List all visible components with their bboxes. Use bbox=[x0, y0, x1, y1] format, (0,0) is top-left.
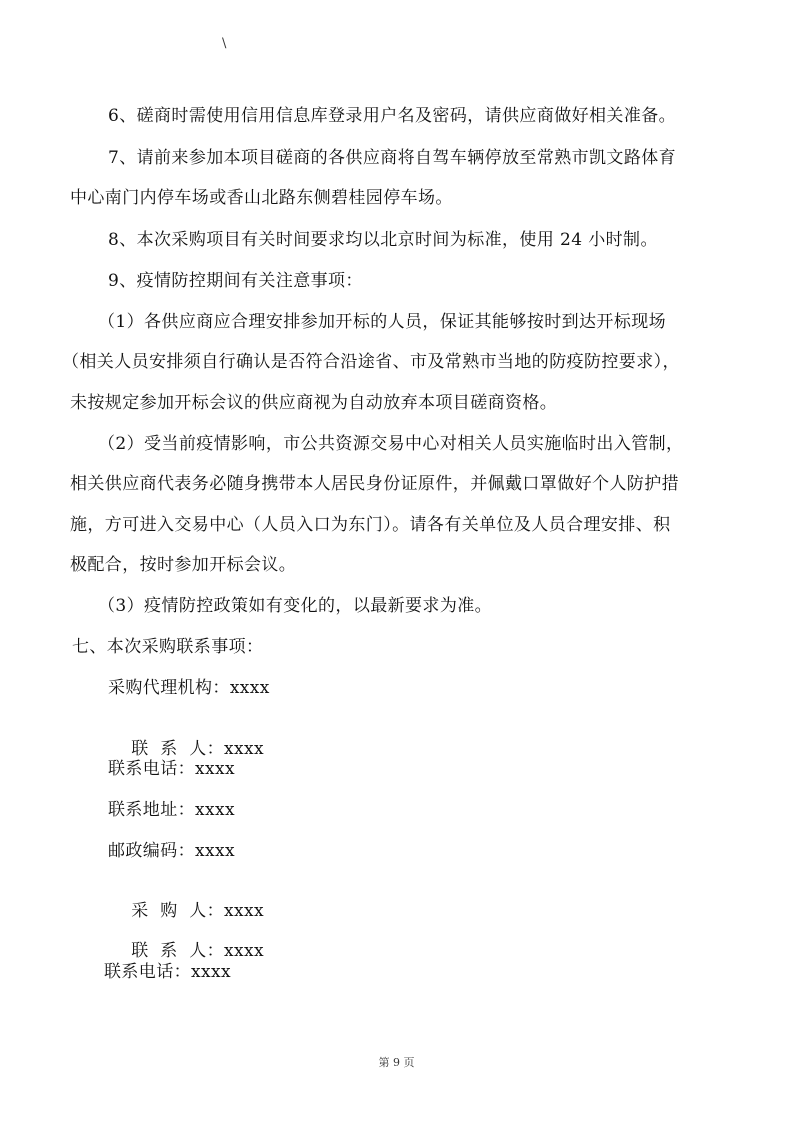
contact-phone-agency: 联系电话：xxxx bbox=[108, 759, 235, 779]
item-9-2-line-1: （2）受当前疫情影响，市公共资源交易中心对相关人员实施临时出入管制， bbox=[98, 434, 683, 454]
contact-value: xxxx bbox=[230, 678, 270, 698]
item-9-1-line-2: （相关人员安排须自行确认是否符合沿途省、市及常熟市当地的防疫防控要求）， bbox=[62, 352, 680, 372]
contact-label: 联系地址： bbox=[108, 800, 195, 820]
contact-postcode: 邮政编码：xxxx bbox=[108, 841, 235, 861]
contact-value: xxxx bbox=[191, 962, 231, 982]
contact-phone-purchaser: 联系电话：xxxx bbox=[104, 962, 231, 982]
item-9-1-line-3: 未按规定参加开标会议的供应商视为自动放弃本项目磋商资格。 bbox=[70, 393, 557, 413]
item-9-3: （3）疫情防控政策如有变化的，以最新要求为准。 bbox=[98, 596, 492, 616]
contact-label: 采 购 人： bbox=[131, 901, 224, 921]
contact-address: 联系地址：xxxx bbox=[108, 800, 235, 820]
contact-value: xxxx bbox=[224, 901, 264, 921]
contact-value: xxxx bbox=[195, 841, 235, 861]
item-9-2-line-3: 施，方可进入交易中心（人员入口为东门）。请各有关单位及人员合理安排、积 bbox=[70, 515, 671, 535]
item-9-1-line-1: （1）各供应商应合理安排参加开标的人员，保证其能够按时到达开标现场 bbox=[98, 312, 666, 332]
contact-agency: 采购代理机构：xxxx bbox=[108, 678, 270, 698]
item-9-2-line-4: 极配合，按时参加开标会议。 bbox=[70, 555, 296, 575]
contact-label: 联 系 人： bbox=[131, 941, 224, 961]
item-9: 9、疫情防控期间有关注意事项： bbox=[108, 271, 363, 291]
document-page: \ 6、磋商时需使用信用信息库登录用户名及密码，请供应商做好相关准备。 7、请前… bbox=[0, 0, 793, 1122]
contact-label: 联系电话： bbox=[108, 759, 195, 779]
contact-label: 联系电话： bbox=[104, 962, 191, 982]
contact-label: 联 系 人： bbox=[131, 739, 224, 759]
contact-value: xxxx bbox=[224, 739, 264, 759]
contact-label: 采购代理机构： bbox=[108, 678, 230, 698]
contact-value: xxxx bbox=[224, 941, 264, 961]
contact-value: xxxx bbox=[195, 800, 235, 820]
item-6: 6、磋商时需使用信用信息库登录用户名及密码，请供应商做好相关准备。 bbox=[108, 106, 676, 126]
section-7-heading: 七、本次采购联系事项： bbox=[72, 637, 263, 657]
item-9-2-line-2: 相关供应商代表务必随身携带本人居民身份证原件，并佩戴口罩做好个人防护措 bbox=[70, 474, 679, 494]
stray-mark: \ bbox=[222, 36, 226, 51]
page-number: 第 9 页 bbox=[0, 1054, 793, 1070]
contact-value: xxxx bbox=[195, 759, 235, 779]
item-7-line-1: 7、请前来参加本项目磋商的各供应商将自驾车辆停放至常熟市凯文路体育 bbox=[108, 148, 676, 168]
contact-label: 邮政编码： bbox=[108, 841, 195, 861]
item-8: 8、本次采购项目有关时间要求均以北京时间为标准，使用 24 小时制。 bbox=[108, 230, 658, 250]
item-7-line-2: 中心南门内停车场或香山北路东侧碧桂园停车场。 bbox=[70, 188, 453, 208]
